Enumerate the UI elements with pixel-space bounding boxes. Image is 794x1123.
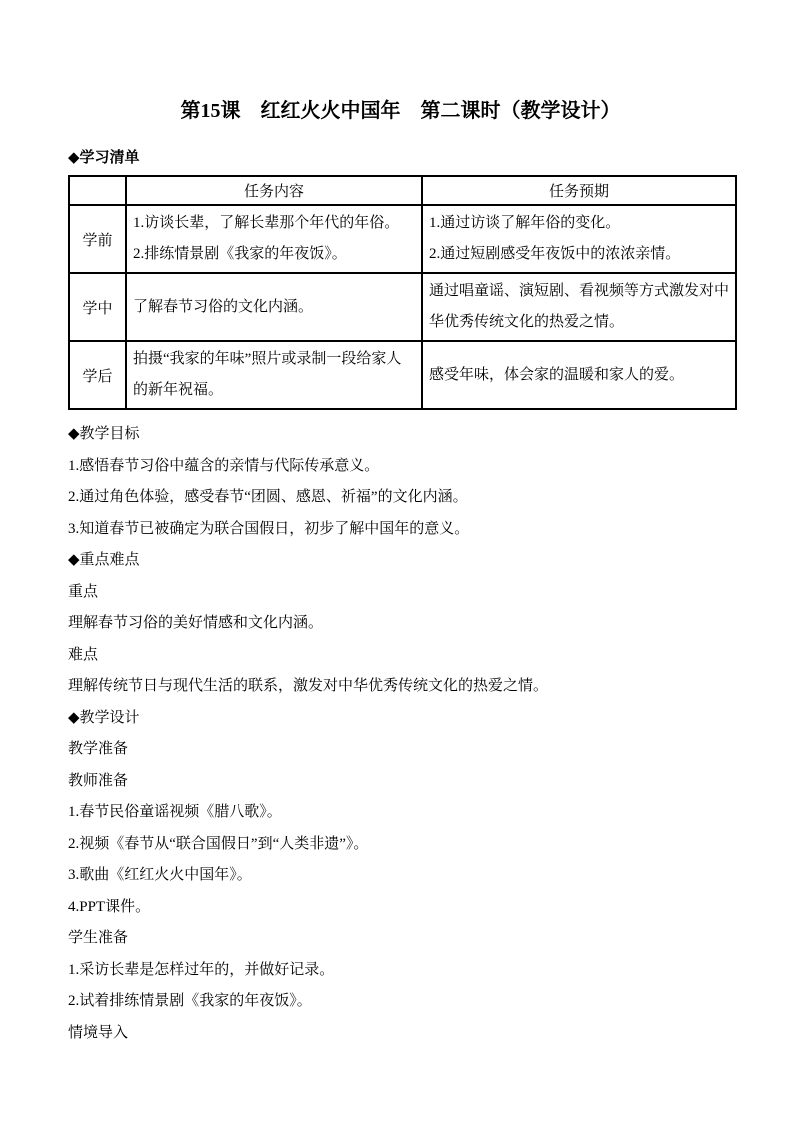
- difficulty-text: 理解传统节日与现代生活的联系，激发对中华优秀传统文化的热爱之情。: [68, 671, 733, 703]
- row-label: 学中: [69, 273, 126, 341]
- task-expectation-line: 2.通过短剧感受年夜饭中的浓浓亲情。: [429, 239, 729, 270]
- task-content-line: 2.排练情景剧《我家的年夜饭》。: [133, 239, 415, 270]
- document-title: 第15课 红红火火中国年 第二课时（教学设计）: [68, 94, 733, 123]
- prep-heading: 教学准备: [68, 734, 733, 766]
- table-row-before-class: 学前 1.访谈长辈，了解长辈那个年代的年俗。 2.排练情景剧《我家的年夜饭》。 …: [69, 205, 736, 273]
- objective-item: 2.通过角色体验，感受春节“团圆、感恩、祈福”的文化内涵。: [68, 482, 733, 514]
- teacher-prep-item: 2.视频《春节从“联合国假日”到“人类非遗”》。: [68, 829, 733, 861]
- table-header-row: 任务内容 任务预期: [69, 176, 736, 205]
- teacher-prep-item: 1.春节民俗童谣视频《腊八歌》。: [68, 797, 733, 829]
- task-content-cell: 了解春节习俗的文化内涵。: [126, 273, 422, 341]
- document-body: ◆教学目标 1.感悟春节习俗中蕴含的亲情与代际传承意义。 2.通过角色体验，感受…: [68, 419, 733, 1049]
- task-content-line: 拍摄“我家的年味”照片或录制一段给家人的新年祝福。: [133, 344, 415, 406]
- task-content-line: 1.访谈长辈，了解长辈那个年代的年俗。: [133, 208, 415, 239]
- task-content-line: 了解春节习俗的文化内涵。: [133, 292, 415, 323]
- teacher-prep-heading: 教师准备: [68, 766, 733, 798]
- table-row-during-class: 学中 了解春节习俗的文化内涵。 通过唱童谣、演短剧、看视频等方式激发对中华优秀传…: [69, 273, 736, 341]
- column-header-task-expectation: 任务预期: [422, 176, 736, 205]
- learning-checklist-table: 任务内容 任务预期 学前 1.访谈长辈，了解长辈那个年代的年俗。 2.排练情景剧…: [68, 175, 737, 410]
- table-row-after-class: 学后 拍摄“我家的年味”照片或录制一段给家人的新年祝福。 感受年味，体会家的温暖…: [69, 341, 736, 409]
- focus-text: 理解春节习俗的美好情感和文化内涵。: [68, 608, 733, 640]
- column-header-task-content: 任务内容: [126, 176, 422, 205]
- task-expectation-line: 感受年味，体会家的温暖和家人的爱。: [429, 360, 729, 391]
- document-page: 第15课 红红火火中国年 第二课时（教学设计） ◆学习清单 任务内容 任务预期 …: [0, 0, 794, 1123]
- task-expectation-line: 通过唱童谣、演短剧、看视频等方式激发对中华优秀传统文化的热爱之情。: [429, 276, 729, 338]
- teacher-prep-item: 3.歌曲《红红火火中国年》。: [68, 860, 733, 892]
- teacher-prep-item: 4.PPT课件。: [68, 892, 733, 924]
- student-prep-item: 2.试着排练情景剧《我家的年夜饭》。: [68, 986, 733, 1018]
- task-content-cell: 拍摄“我家的年味”照片或录制一段给家人的新年祝福。: [126, 341, 422, 409]
- section-heading-key-points: ◆重点难点: [68, 545, 733, 577]
- task-expectation-cell: 1.通过访谈了解年俗的变化。 2.通过短剧感受年夜饭中的浓浓亲情。: [422, 205, 736, 273]
- objective-item: 3.知道春节已被确定为联合国假日，初步了解中国年的意义。: [68, 514, 733, 546]
- task-content-cell: 1.访谈长辈，了解长辈那个年代的年俗。 2.排练情景剧《我家的年夜饭》。: [126, 205, 422, 273]
- intro-heading: 情境导入: [68, 1018, 733, 1050]
- table-corner-cell: [69, 176, 126, 205]
- row-label: 学后: [69, 341, 126, 409]
- difficulty-label: 难点: [68, 640, 733, 672]
- task-expectation-cell: 通过唱童谣、演短剧、看视频等方式激发对中华优秀传统文化的热爱之情。: [422, 273, 736, 341]
- task-expectation-line: 1.通过访谈了解年俗的变化。: [429, 208, 729, 239]
- section-heading-objectives: ◆教学目标: [68, 419, 733, 451]
- section-heading-teaching-design: ◆教学设计: [68, 703, 733, 735]
- task-expectation-cell: 感受年味，体会家的温暖和家人的爱。: [422, 341, 736, 409]
- focus-label: 重点: [68, 577, 733, 609]
- student-prep-item: 1.采访长辈是怎样过年的，并做好记录。: [68, 955, 733, 987]
- student-prep-heading: 学生准备: [68, 923, 733, 955]
- objective-item: 1.感悟春节习俗中蕴含的亲情与代际传承意义。: [68, 451, 733, 483]
- row-label: 学前: [69, 205, 126, 273]
- section-heading-learning-checklist: ◆学习清单: [68, 147, 733, 169]
